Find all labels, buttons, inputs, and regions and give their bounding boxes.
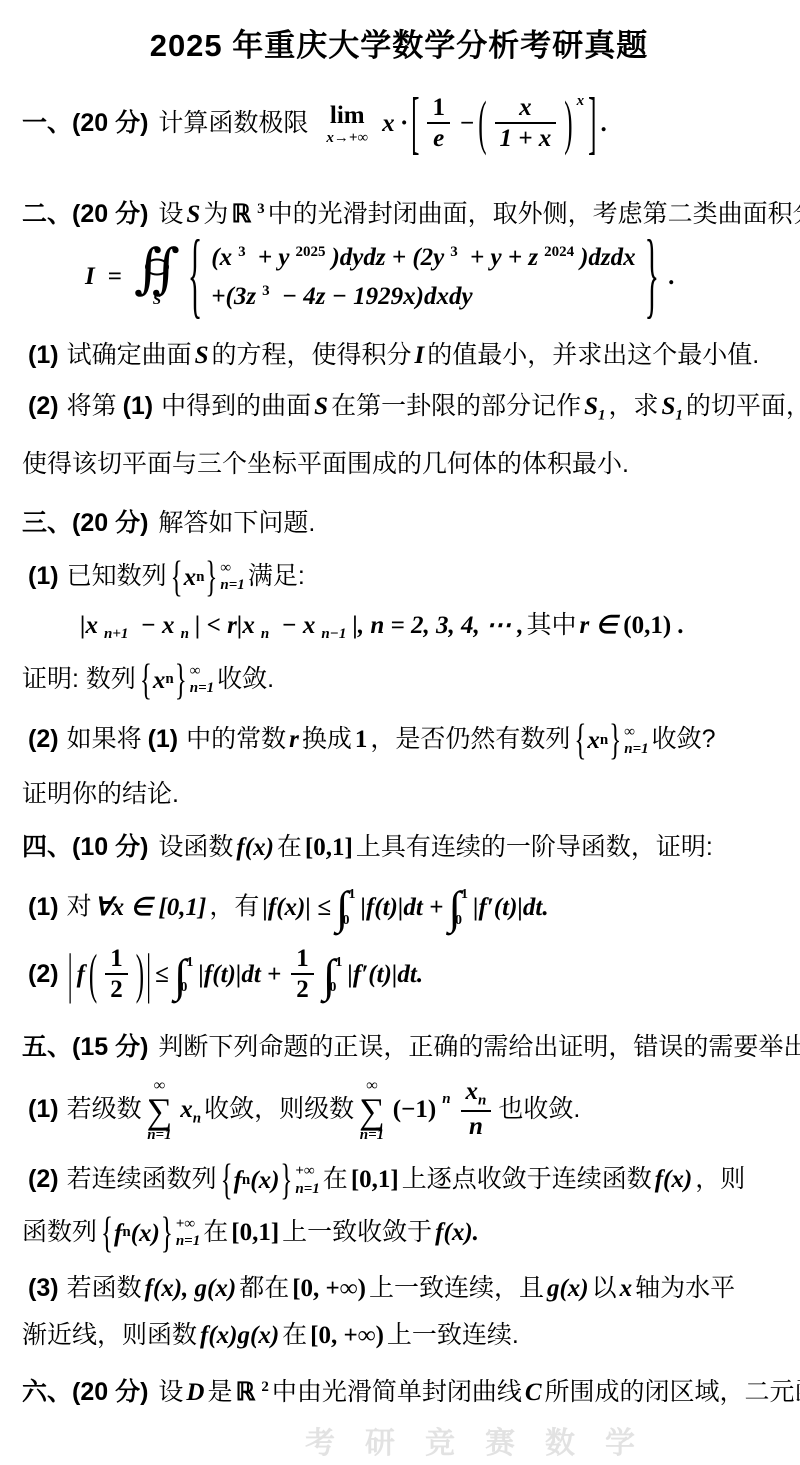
math-token: | < r|x [195, 612, 255, 639]
fraction-1-over-e: 1e [424, 95, 453, 154]
math-token: ∀x ∈ [0,1] [95, 894, 207, 921]
problem-5-part-2: (2)若连续函数列{fn(x)}+∞n=1在[0,1]上逐点收敛于连续函数f(x… [22, 1163, 776, 1198]
sequence-variable: x [587, 724, 600, 757]
product-fg: f(x)g(x) [200, 1322, 279, 1349]
math-token: |f(t)|dt + [360, 894, 443, 921]
lower-limit: 0 [455, 912, 462, 930]
problem-2-formula: I = ∬ S { (x3 + y2025)dydz + (2y3 + y + … [22, 241, 776, 313]
part-number: (1) [28, 1095, 59, 1123]
interval-0-inf: [0, +∞) [292, 1275, 366, 1302]
text-run: 在 [282, 1321, 307, 1349]
right-brace: } [175, 658, 187, 702]
exponent: 2025 [295, 244, 325, 260]
real-space-exponent: 2 [261, 1379, 269, 1395]
math-token: (x [211, 244, 232, 271]
watermark-text: 考研竞赛数学 [305, 1418, 665, 1462]
problem-2: 二、(20 分)设S为ℝ3中的光滑封闭曲面，取外侧，考虑第二类曲面积分 [22, 198, 776, 231]
period: . [600, 110, 606, 137]
text-run: 上逐点收敛于连续函数 [402, 1165, 652, 1193]
left-brace: { [140, 658, 152, 702]
text-run: 中得到的曲面 [161, 392, 311, 420]
text-run: 上一致收敛于 [282, 1218, 432, 1246]
text-run: ，则 [695, 1165, 745, 1193]
text-run: 解答如下问题. [158, 509, 315, 537]
text-run: 已知数列 [67, 562, 167, 590]
left-brace: { [171, 556, 183, 600]
surface-S: S [314, 393, 328, 420]
problem-2-part-2: (2)将第(1)中得到的曲面S在第一卦限的部分记作S1，求S1的切平面， [22, 390, 776, 426]
text-run: 使得该切平面与三个坐标平面围成的几何体的体积最小. [22, 450, 629, 478]
sequence-limits: ∞n=1 [190, 663, 214, 698]
text-run: 的值最小，并求出这个最小值. [427, 341, 759, 369]
fraction-xn-over-n: xnn [458, 1079, 495, 1142]
sequence-xn-notation: {xn}∞n=1 [573, 724, 648, 759]
text-run: 是 [207, 1378, 232, 1406]
part-reference: (1) [148, 725, 179, 753]
problem-4-part-2: (2)|f(12)|≤∫10|f(t)|dt +12∫10|f′(t)|dt. [22, 946, 776, 1005]
integral-0-1: ∫10 [448, 886, 468, 930]
fraction-denominator: 2 [105, 973, 128, 1005]
problem-3-formula: |xn+1 − xn| < r|xn − xn−1|, n = 2, 3, 4,… [22, 609, 776, 645]
text-run: 证明: 数列 [22, 665, 136, 693]
text-run: 在 [323, 1165, 348, 1193]
exam-page: 2025 年重庆大学数学分析考研真题 一、(20 分)计算函数极限 lim x→… [0, 0, 800, 1409]
text-run: ，是否仍然有数列 [370, 725, 570, 753]
problem-3-label: 三、(20 分) [22, 509, 148, 537]
text-run: 对 [67, 893, 92, 921]
problem-5-part-3-cont: 渐近线，则函数f(x)g(x)在[0, +∞)上一致连续. [22, 1319, 776, 1352]
math-token: − x [275, 612, 315, 639]
problem-4: 四、(10 分)设函数f(x)在[0,1]上具有连续的一阶导函数，证明: [22, 831, 776, 864]
text-run: 如果将 [67, 725, 142, 753]
real-space-symbol: ℝ [236, 1379, 256, 1406]
problem-3-part-1: (1)已知数列{xn}∞n=1满足: [22, 560, 776, 595]
integral-limits: 10 [345, 886, 352, 930]
math-token: − x [134, 612, 174, 639]
text-run: 为 [203, 200, 228, 228]
problem-5: 五、(15 分)判断下列命题的正误，正确的需给出证明，错误的需要举出反例. [22, 1031, 776, 1064]
real-space-symbol: ℝ [231, 201, 251, 228]
real-space-exponent: 3 [257, 201, 265, 217]
text-run: 上一致连续，且 [369, 1274, 544, 1302]
fraction-numerator: 1 [105, 946, 128, 973]
math-token: )dzdx [580, 244, 636, 271]
text-run: 中的常数 [186, 725, 286, 753]
functions-fg: f(x), g(x) [145, 1275, 237, 1302]
function-fx: f(x) [236, 834, 273, 861]
left-brace: { [188, 229, 202, 325]
equals-sign: = [108, 263, 122, 290]
sequence-xn-notation: {xn}∞n=1 [139, 663, 214, 698]
sequence-fn-notation: {fn(x)}+∞n=1 [100, 1216, 200, 1251]
subscript: n+1 [104, 626, 128, 642]
sequence-xn-notation: {xn}∞n=1 [170, 560, 245, 595]
sequence-variable: x [153, 664, 166, 697]
right-brace: } [205, 556, 217, 600]
part-number: (2) [28, 1165, 59, 1193]
math-token: |f′(t)|dt. [473, 894, 549, 921]
subscript: n [122, 1223, 130, 1243]
math-token: |f(t)|dt + [198, 961, 281, 988]
surface-S: S [195, 342, 209, 369]
closed-surface-circle [145, 258, 169, 275]
text-run: 若级数 [67, 1095, 142, 1123]
text-run: 设 [158, 1378, 183, 1406]
problem-1-text: 计算函数极限 [158, 109, 308, 137]
text-run: 设函数 [158, 833, 233, 861]
text-run: 在 [277, 833, 302, 861]
exponent-x: x [577, 93, 585, 109]
text-run: ，有 [209, 893, 259, 921]
right-brace: } [645, 229, 659, 325]
region-D: D [186, 1379, 204, 1406]
sequence-variable: f [114, 1217, 122, 1250]
fraction-denominator: e [427, 122, 450, 154]
sigma-glyph: ∑ [359, 1094, 385, 1128]
sequence-limits: +∞n=1 [176, 1216, 200, 1251]
math-token: x · [382, 110, 407, 137]
problem-2-label: 二、(20 分) [22, 200, 148, 228]
text-run: 收敛? [652, 725, 716, 753]
variable-x: x [620, 1275, 633, 1302]
part-number: (1) [28, 341, 59, 369]
subscript: 1 [675, 407, 683, 423]
problem-3-proof-line: 证明: 数列{xn}∞n=1收敛. [22, 663, 776, 698]
fraction-numerator: 1 [427, 95, 450, 122]
upper-limit: 1 [186, 954, 193, 972]
right-paren: ) [136, 948, 144, 1003]
left-brace: { [101, 1211, 113, 1255]
exponent: 3 [450, 244, 458, 260]
text-run: 若函数 [67, 1274, 142, 1302]
lower-limit: 0 [180, 979, 187, 997]
math-token: (−1) [393, 1096, 436, 1123]
integral-limits: 10 [332, 954, 339, 998]
fraction-x-over-1px: x1 + x [492, 95, 560, 154]
right-paren: ) [564, 95, 572, 155]
text-run: 其中 [527, 611, 577, 639]
term-xn: xn [180, 1096, 201, 1123]
period: . [668, 263, 674, 290]
upper-limit: 1 [348, 886, 355, 904]
surface-S1: S1 [662, 393, 683, 420]
lower-limit: n=1 [147, 1128, 171, 1143]
math-token: |, n = 2, 3, 4, ⋯ , [352, 612, 523, 639]
math-token: − 4z − 1929x)dxdy [276, 283, 473, 310]
lower-limit: n=1 [360, 1128, 384, 1143]
problem-2-part-1: (1)试确定曲面S的方程，使得积分I的值最小，并求出这个最小值. [22, 339, 776, 372]
curve-C: C [525, 1379, 542, 1406]
argument: (x) [131, 1217, 160, 1250]
fraction-one-half: 12 [102, 946, 131, 1005]
math-token: +(3z [211, 283, 256, 310]
text-run: 也收敛. [498, 1095, 580, 1123]
sigma-glyph: ∑ [147, 1094, 173, 1128]
double-integral-glyph: ∬ [134, 246, 180, 292]
abs-bar: | [68, 948, 73, 1003]
text-run: 在 [203, 1218, 228, 1246]
subscript: n−1 [321, 626, 346, 642]
function-gx: g(x) [547, 1275, 589, 1302]
text-run: 将第 [67, 392, 117, 420]
function-f: f [77, 961, 85, 988]
left-bracket: [ [411, 90, 419, 160]
abs-bar: | [146, 948, 151, 1003]
lower-limit: n=1 [176, 1233, 200, 1250]
fraction-one-half: 12 [288, 946, 317, 1005]
text-run: 中由光滑简单封闭曲线 [272, 1378, 522, 1406]
part-number: (2) [28, 960, 59, 988]
upper-limit: 1 [335, 954, 342, 972]
exponent: 2024 [544, 244, 574, 260]
part-reference: (1) [123, 392, 154, 420]
math-token: |x [80, 612, 98, 639]
sequence-limits: ∞n=1 [624, 724, 648, 759]
subscript: n [181, 626, 189, 642]
problem-4-part-1: (1)对∀x ∈ [0,1]，有|f(x)| ≤∫10|f(t)|dt +∫10… [22, 886, 776, 930]
text-run: 的切平面， [686, 392, 800, 420]
problem-5-label: 五、(15 分) [22, 1033, 148, 1061]
right-bracket: ] [588, 90, 596, 160]
problem-5-part-1: (1)若级数∞∑n=1xn收敛，则级数∞∑n=1(−1)nxnn也收敛. [22, 1078, 776, 1143]
limit-operator: lim x→+∞ [323, 103, 371, 146]
problem-2-part-2-cont: 使得该切平面与三个坐标平面围成的几何体的体积最小. [22, 448, 776, 481]
minus-sign: − [460, 110, 474, 137]
text-run: 中的光滑封闭曲面，取外侧，考虑第二类曲面积分 [268, 200, 800, 228]
lower-limit: n=1 [295, 1181, 319, 1198]
text-run: 在第一卦限的部分记作 [331, 392, 581, 420]
text-run: 若连续函数列 [67, 1165, 217, 1193]
math-token: |f′(t)|dt. [347, 961, 423, 988]
integrand-row-1: (x3 + y2025)dydz + (2y3 + y + z2024)dzdx [208, 241, 638, 274]
part-number: (1) [28, 562, 59, 590]
math-token: + y + z [464, 244, 538, 271]
problem-5-part-2-cont: 函数列{fn(x)}+∞n=1在[0,1]上一致收敛于f(x). [22, 1216, 776, 1251]
problem-3-part-2: (2)如果将(1)中的常数r换成1，是否仍然有数列{xn}∞n=1收敛? [22, 723, 776, 758]
left-paren: ( [89, 948, 97, 1003]
integrand-row-2: +(3z3 − 4z − 1929x)dxdy [208, 280, 638, 313]
text-run: 所围成的闭区域，二元函数 [545, 1378, 800, 1406]
fraction-denominator: 1 + x [495, 122, 557, 154]
lower-limit: n=1 [624, 741, 648, 758]
subscript: n [600, 731, 608, 751]
problem-6: 六、(20 分)设D是ℝ2中由光滑简单封闭曲线C所围成的闭区域，二元函数 [22, 1376, 776, 1409]
left-brace: { [221, 1159, 233, 1203]
text-run: 的方程，使得积分 [211, 341, 411, 369]
problem-1: 一、(20 分)计算函数极限 lim x→+∞ x ·[1e−(x1 + x)x… [22, 95, 776, 154]
problem-6-label: 六、(20 分) [22, 1378, 148, 1406]
fraction-numerator: xn [461, 1079, 492, 1110]
subscript: n [242, 1171, 250, 1191]
integral-0-1: ∫10 [336, 886, 356, 930]
function-fx: f(x). [435, 1219, 479, 1246]
right-brace: } [161, 1211, 173, 1255]
integral-limits: 10 [458, 886, 465, 930]
lower-limit: n=1 [220, 577, 244, 594]
math-token: |f(x)| ≤ [262, 894, 330, 921]
right-brace: } [280, 1159, 292, 1203]
upper-limit: 1 [461, 886, 468, 904]
sequence-variable: f [234, 1164, 242, 1197]
exponent: 3 [262, 283, 270, 299]
text-run: 都在 [239, 1274, 289, 1302]
text-run: ，求 [608, 392, 658, 420]
fraction-numerator: 1 [291, 946, 314, 973]
lower-limit: n=1 [190, 680, 214, 697]
lower-limit: 0 [329, 979, 336, 997]
sequence-fn-notation: {fn(x)}+∞n=1 [220, 1163, 320, 1198]
problem-3: 三、(20 分)解答如下问题. [22, 507, 776, 540]
integral-0-1: ∫10 [323, 954, 343, 998]
upper-limit: ∞ [190, 663, 214, 680]
argument: (x) [250, 1164, 279, 1197]
text-run: 收敛，则级数 [204, 1095, 354, 1123]
upper-limit: +∞ [176, 1216, 200, 1233]
problem-4-label: 四、(10 分) [22, 833, 148, 861]
period: . [677, 612, 683, 639]
function-fx: f(x) [655, 1166, 692, 1193]
upper-limit: ∞ [220, 560, 244, 577]
leq-sign: ≤ [155, 961, 169, 988]
text-run: 试确定曲面 [67, 341, 192, 369]
problem-1-label: 一、(20 分) [22, 109, 148, 137]
surface-S1: S1 [584, 393, 605, 420]
subscript: 1 [598, 407, 606, 423]
lower-limit: 0 [342, 912, 349, 930]
fraction-numerator: x [495, 95, 557, 122]
interval-0-1: (0,1) [623, 612, 671, 639]
text-run: 轴为水平 [635, 1274, 735, 1302]
lim-word: lim [330, 103, 365, 128]
text-run: 换成 [302, 725, 352, 753]
interval-0-1: [0,1] [351, 1166, 399, 1193]
part-number: (1) [28, 893, 59, 921]
sequence-limits: ∞n=1 [220, 560, 244, 595]
math-token: + y [252, 244, 290, 271]
part-number: (2) [28, 392, 59, 420]
summation-operator: ∞∑n=1 [359, 1078, 385, 1143]
subscript: n [165, 670, 173, 690]
right-brace: } [609, 719, 621, 763]
integral-0-1: ∫10 [174, 954, 194, 998]
text-run: 上一致连续. [387, 1321, 519, 1349]
text-run: 以 [592, 1274, 617, 1302]
subscript: n [193, 1110, 201, 1126]
exponent-n: n [442, 1091, 450, 1107]
text-run: 上具有连续的一阶导函数，证明: [356, 833, 713, 861]
text-run: 函数列 [22, 1218, 97, 1246]
subscript: n [261, 626, 269, 642]
surface-integral-icon: ∬ S [134, 246, 180, 309]
left-brace: { [574, 719, 586, 763]
math-token: r ∈ [580, 612, 618, 639]
text-run: 渐近线，则函数 [22, 1321, 197, 1349]
left-paren: ( [478, 95, 486, 155]
upper-limit: +∞ [295, 1163, 319, 1180]
exam-title: 2025 年重庆大学数学分析考研真题 [22, 20, 776, 65]
sequence-limits: +∞n=1 [295, 1163, 319, 1198]
constant-r: r [289, 726, 299, 753]
number-one: 1 [355, 726, 368, 753]
math-token: )dydz + (2y [331, 244, 444, 271]
text-run: 证明你的结论. [22, 780, 179, 808]
sequence-variable: x [184, 561, 197, 594]
part-number: (3) [28, 1274, 59, 1302]
interval-0-1: [0,1] [231, 1219, 279, 1246]
part-number: (2) [28, 725, 59, 753]
text-run: 满足: [248, 562, 305, 590]
interval-0-1: [0,1] [305, 834, 353, 861]
text-run: 判断下列命题的正误，正确的需给出证明，错误的需要举出反例. [158, 1033, 800, 1061]
upper-limit: ∞ [624, 724, 648, 741]
lim-subscript: x→+∞ [326, 131, 368, 146]
problem-3-part-2-cont: 证明你的结论. [22, 778, 776, 811]
integrand-rows: (x3 + y2025)dydz + (2y3 + y + z2024)dzdx… [208, 241, 638, 313]
fraction-denominator: n [461, 1110, 492, 1142]
integral-I: I [85, 263, 95, 290]
integral-I: I [415, 342, 425, 369]
interval-0-inf: [0, +∞) [310, 1322, 384, 1349]
subscript: n [196, 568, 204, 588]
text-run: 收敛. [217, 665, 274, 693]
subscript: n [478, 1092, 486, 1108]
summation-operator: ∞∑n=1 [147, 1078, 173, 1143]
problem-5-part-3: (3)若函数f(x), g(x)都在[0, +∞)上一致连续，且g(x)以x轴为… [22, 1272, 776, 1305]
integral-limits: 10 [183, 954, 190, 998]
fraction-denominator: 2 [291, 973, 314, 1005]
exponent: 3 [238, 244, 246, 260]
text-run: 设 [158, 200, 183, 228]
